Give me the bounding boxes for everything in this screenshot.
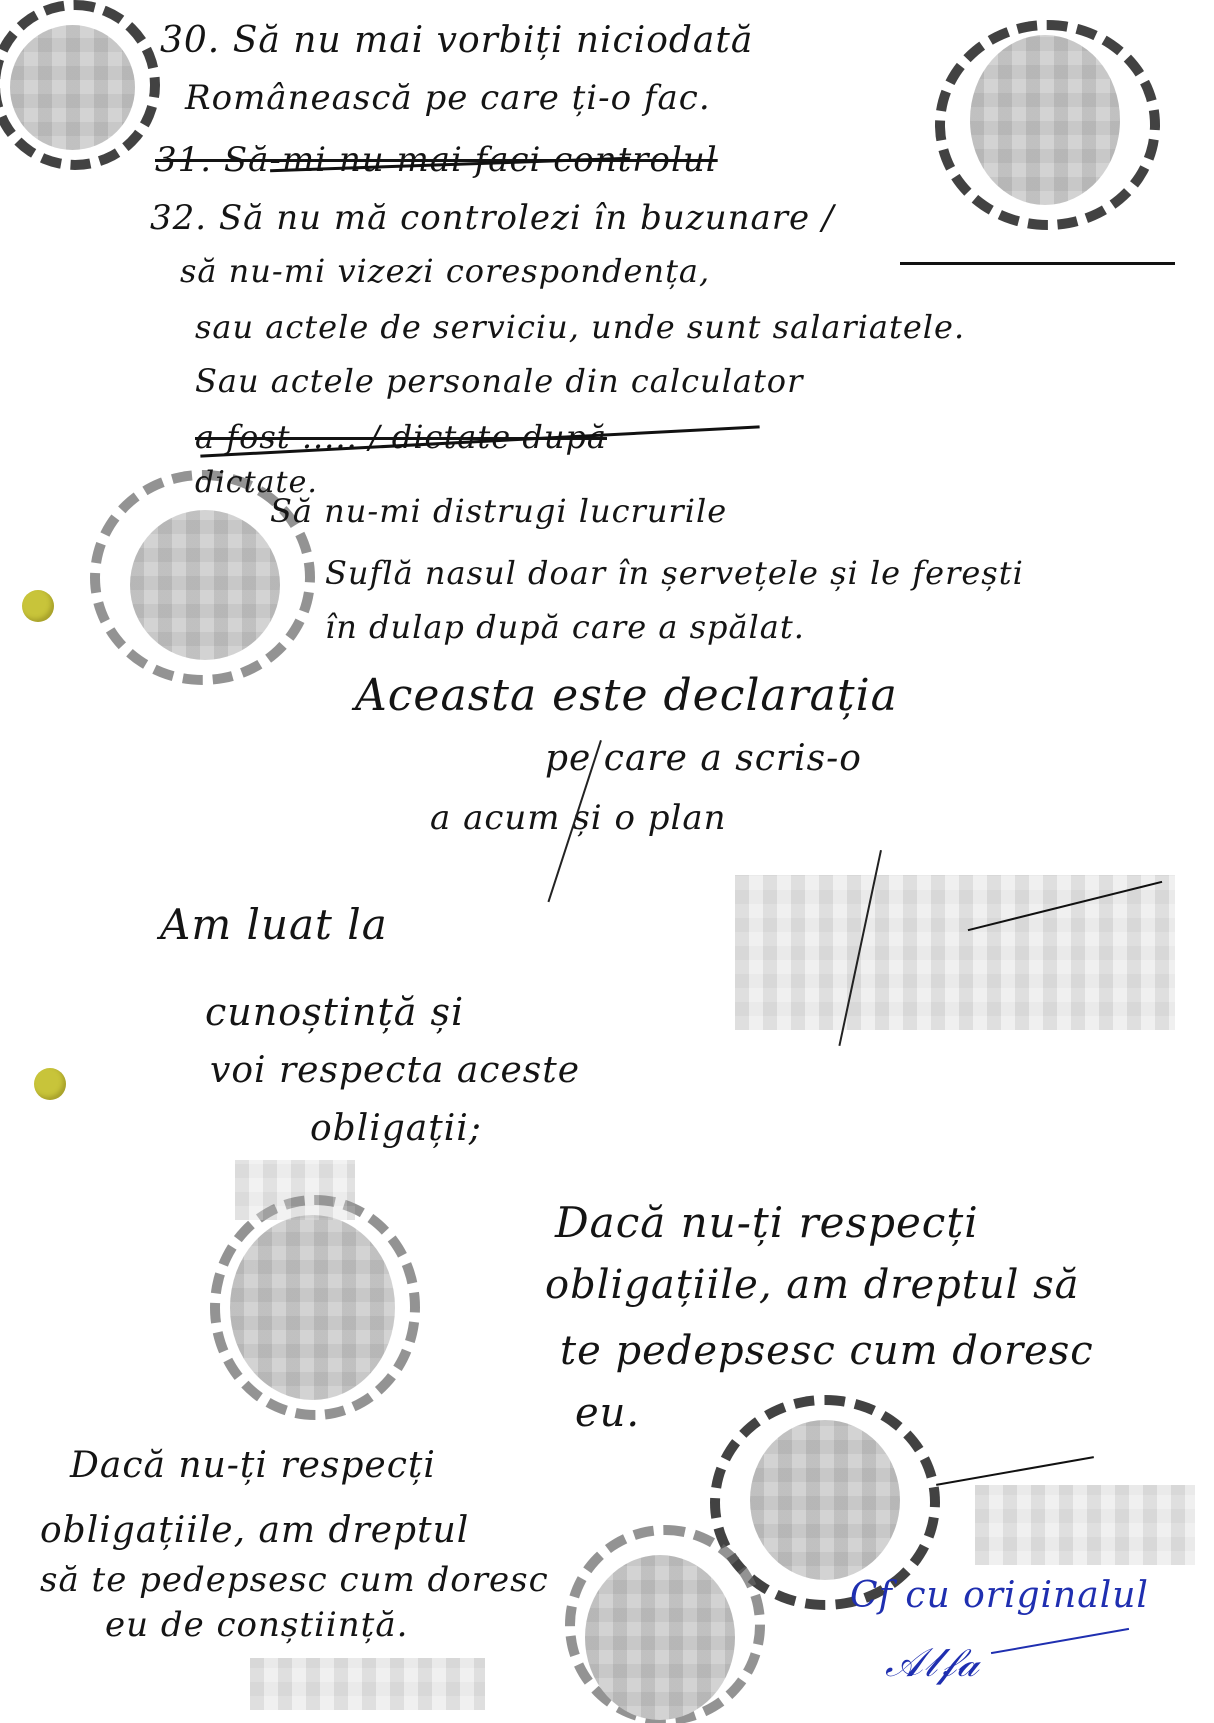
rule-30-line-1: 30. Să nu mai vorbiți niciodată	[160, 20, 753, 61]
redacted-name-right	[975, 1485, 1195, 1565]
rule-31-struck: 31. Să-mi nu mai faci controlul	[155, 140, 718, 180]
rule-32-line-2: să nu-mi vizezi corespondența,	[180, 252, 710, 290]
punch-hole-bottom	[34, 1068, 66, 1100]
stamp-redacted-center	[585, 1555, 735, 1720]
ack-line-4: obligații;	[310, 1108, 482, 1149]
rule-32-line-1: 32. Să nu mă controlezi în buzunare /	[150, 198, 834, 238]
scribble-strike	[900, 262, 1175, 265]
stamp-redacted-center	[970, 35, 1120, 205]
stamp-redacted-center	[10, 25, 135, 150]
penalty-left-line-3: să te pedepsesc cum doresc	[40, 1560, 549, 1600]
penalty-right-line-2: obligațiile, am dreptul să	[545, 1262, 1080, 1308]
redacted-name-bottom	[250, 1658, 485, 1710]
penalty-left-line-1: Dacă nu-ți respecți	[70, 1445, 436, 1486]
closing-line-2: pe care a scris-o	[545, 738, 862, 779]
rule-33-line-2: Suflă nasul doar în șervețele și le fere…	[325, 554, 1024, 592]
rule-32-line-3: sau actele de serviciu, unde sunt salari…	[195, 308, 965, 346]
penalty-right-line-4: eu.	[575, 1390, 640, 1436]
rule-33-line-3: în dulap după care a spălat.	[325, 608, 805, 646]
stamp-redacted-center	[750, 1420, 900, 1580]
certification-signature: 𝒜𝓁𝒻𝒶	[885, 1640, 980, 1686]
stamp-bottom-small	[565, 1525, 765, 1723]
certification-text: Cf cu originalul	[850, 1575, 1149, 1616]
redacted-lower-left-top	[235, 1160, 355, 1220]
penalty-left-line-2: obligațiile, am dreptul	[40, 1510, 469, 1551]
certification-underline	[991, 1628, 1129, 1654]
penalty-left-line-4: eu de conștiință.	[105, 1605, 408, 1645]
redacted-signature-right	[735, 875, 1175, 1030]
scanned-document-page: 30. Să nu mai vorbiți niciodată Româneas…	[0, 0, 1214, 1723]
stamp-redacted-center	[130, 510, 280, 660]
punch-hole-top	[22, 590, 54, 622]
stamp-top-right	[935, 20, 1160, 230]
rule-32-line-4: Sau actele personale din calculator	[195, 362, 803, 400]
penalty-right-line-1: Dacă nu-ți respecți	[555, 1198, 979, 1247]
ack-line-2: cunoștință și	[205, 990, 464, 1034]
penalty-right-line-3: te pedepsesc cum doresc	[560, 1328, 1094, 1374]
stamp-lower-left	[210, 1195, 420, 1420]
signature-tail	[936, 1456, 1094, 1486]
stamp-top-left	[0, 0, 160, 170]
ack-line-1: Am luat la	[160, 900, 388, 949]
ack-line-3: voi respecta aceste	[210, 1050, 580, 1091]
closing-line-1: Aceasta este declarația	[355, 670, 898, 721]
rule-30-line-2: Românească pe care ți-o fac.	[185, 78, 711, 118]
rule-33-line-1: Să nu-mi distrugi lucrurile	[270, 492, 727, 530]
stamp-redacted-center	[230, 1215, 395, 1400]
